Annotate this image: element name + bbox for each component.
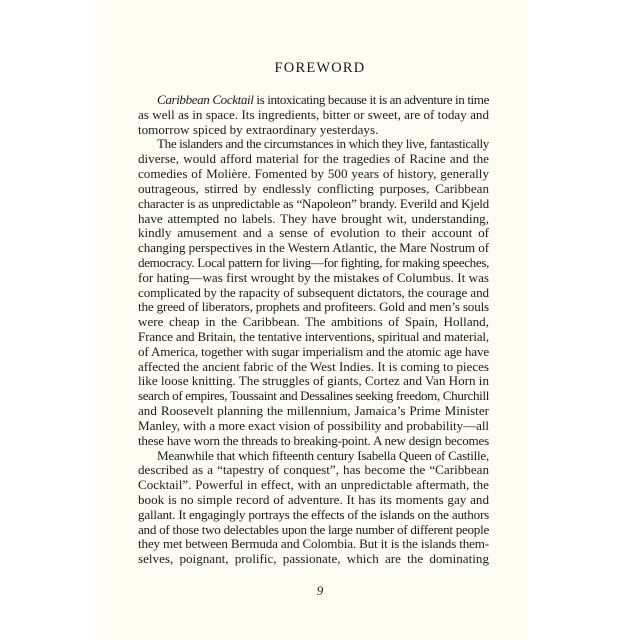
text-line: of America, together with sugar imperial… <box>138 345 489 360</box>
text-line: search of empires, Toussaint and Dessali… <box>138 389 489 404</box>
text-line: Manley, with a more exact vision of poss… <box>138 419 489 434</box>
text-line: gallant. It engagingly portrays the effe… <box>138 508 489 523</box>
page-heading: FOREWORD <box>0 60 640 77</box>
text-line: for hating—was first wrought by the mist… <box>138 271 489 286</box>
text-line: democracy. Local pattern for living—for … <box>138 256 489 271</box>
text-line: outrageous, stirred by endlessly conflic… <box>138 182 489 197</box>
foreword-body: Caribbean Cocktail is intoxicating becau… <box>138 93 489 567</box>
text-line: Cocktail”. Powerful in effect, with an u… <box>138 478 489 493</box>
text-line: France and Britain, the tentative interv… <box>138 330 489 345</box>
page-number: 9 <box>0 583 640 599</box>
text-line: changing perspectives in the Western Atl… <box>138 241 489 256</box>
text-line: have attempted no labels. They have brou… <box>138 212 489 227</box>
text-line: kindly amusement and a sense of evolutio… <box>138 226 489 241</box>
text-line: Caribbean Cocktail is intoxicating becau… <box>138 93 489 108</box>
book-title-italic: Caribbean Cocktail <box>157 92 254 107</box>
text-line: described as a “tapestry of conquest”, h… <box>138 463 489 478</box>
text-line: affected the ancient fabric of the West … <box>138 360 489 375</box>
text-line: Meanwhile that which fifteenth century I… <box>138 449 489 464</box>
text-line: they met between Bermuda and Colombia. B… <box>138 537 489 552</box>
text-line: like loose knitting. The struggles of gi… <box>138 374 489 389</box>
text-line: comedies of Molière. Fomented by 500 yea… <box>138 167 489 182</box>
text-line: tomorrow spiced by extraordinary yesterd… <box>138 123 489 138</box>
text-line: as well as in space. Its ingredients, bi… <box>138 108 489 123</box>
text-line: the greed of liberators, prophets and pr… <box>138 300 489 315</box>
text-line: these have worn the threads to breaking-… <box>138 434 489 449</box>
text-line: were cheap in the Caribbean. The ambitio… <box>138 315 489 330</box>
text-line: selves, poignant, prolific, passionate, … <box>138 552 489 567</box>
text-line: character is as unpredictable as “Napole… <box>138 197 489 212</box>
text-line: and of those two delectables upon the la… <box>138 523 489 538</box>
text-line: diverse, would afford material for the t… <box>138 152 489 167</box>
text-line: complicated by the rapacity of subsequen… <box>138 286 489 301</box>
text-line: and Roosevelt planning the millennium, J… <box>138 404 489 419</box>
text-line: book is no simple record of adventure. I… <box>138 493 489 508</box>
text-line: The islanders and the circumstances in w… <box>138 137 489 152</box>
